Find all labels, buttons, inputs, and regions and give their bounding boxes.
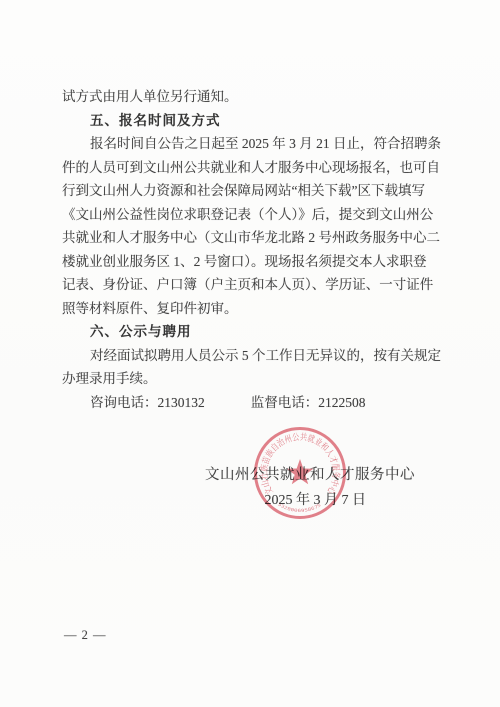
contact-line: 咨询电话：2130132 监督电话：2122508 xyxy=(62,391,440,415)
document-line: 记表、身份证、户口簿（户主页和本人页）、学历证、一寸证件 xyxy=(62,273,440,297)
document-page: 试方式由用人单位另行通知。 五、报名时间及方式 报名时间自公告之日起至 2025… xyxy=(0,0,500,707)
document-line: 行到文山州人力资源和社会保障局网站“相关下载”区下载填写 xyxy=(62,179,440,203)
seal-star-icon xyxy=(287,459,314,484)
document-line: 件的人员可到文山州公共就业和人才服务中心现场报名，也可自 xyxy=(62,156,440,180)
body-lines: 试方式由用人单位另行通知。 五、报名时间及方式 报名时间自公告之日起至 2025… xyxy=(62,85,440,391)
document-line: 试方式由用人单位另行通知。 xyxy=(62,85,440,109)
document-line: 报名时间自公告之日起至 2025 年 3 月 21 日止，符合招聘条 xyxy=(62,132,440,156)
document-line: 办理录用手续。 xyxy=(62,367,440,391)
page-number: — 2 — xyxy=(64,628,107,643)
seal-serial-number: 5328006958675 xyxy=(277,502,322,513)
document-line: 对经面试拟聘用人员公示 5 个工作日无异议的，按有关规定 xyxy=(62,344,440,368)
document-line: 楼就业创业服务区 1、2 号窗口）。现场报名须提交本人求职登 xyxy=(62,250,440,274)
document-line: 共就业和人才服务中心（文山市华龙北路 2 号州政务服务中心二 xyxy=(62,226,440,250)
document-line: 五、报名时间及方式 xyxy=(62,109,440,133)
document-line: 《文山州公益性岗位求职登记表（个人）》后，提交到文山州公 xyxy=(62,203,440,227)
supervision-phone: 监督电话：2122508 xyxy=(251,391,366,415)
document-line: 六、公示与聘用 xyxy=(62,320,440,344)
official-seal-stamp: 文山壮族苗族自治州公共就业和人才服务中心 5328006958675 xyxy=(251,424,349,522)
inquiry-phone: 咨询电话：2130132 xyxy=(90,391,205,415)
document-line: 照等材料原件、复印件初审。 xyxy=(62,297,440,321)
